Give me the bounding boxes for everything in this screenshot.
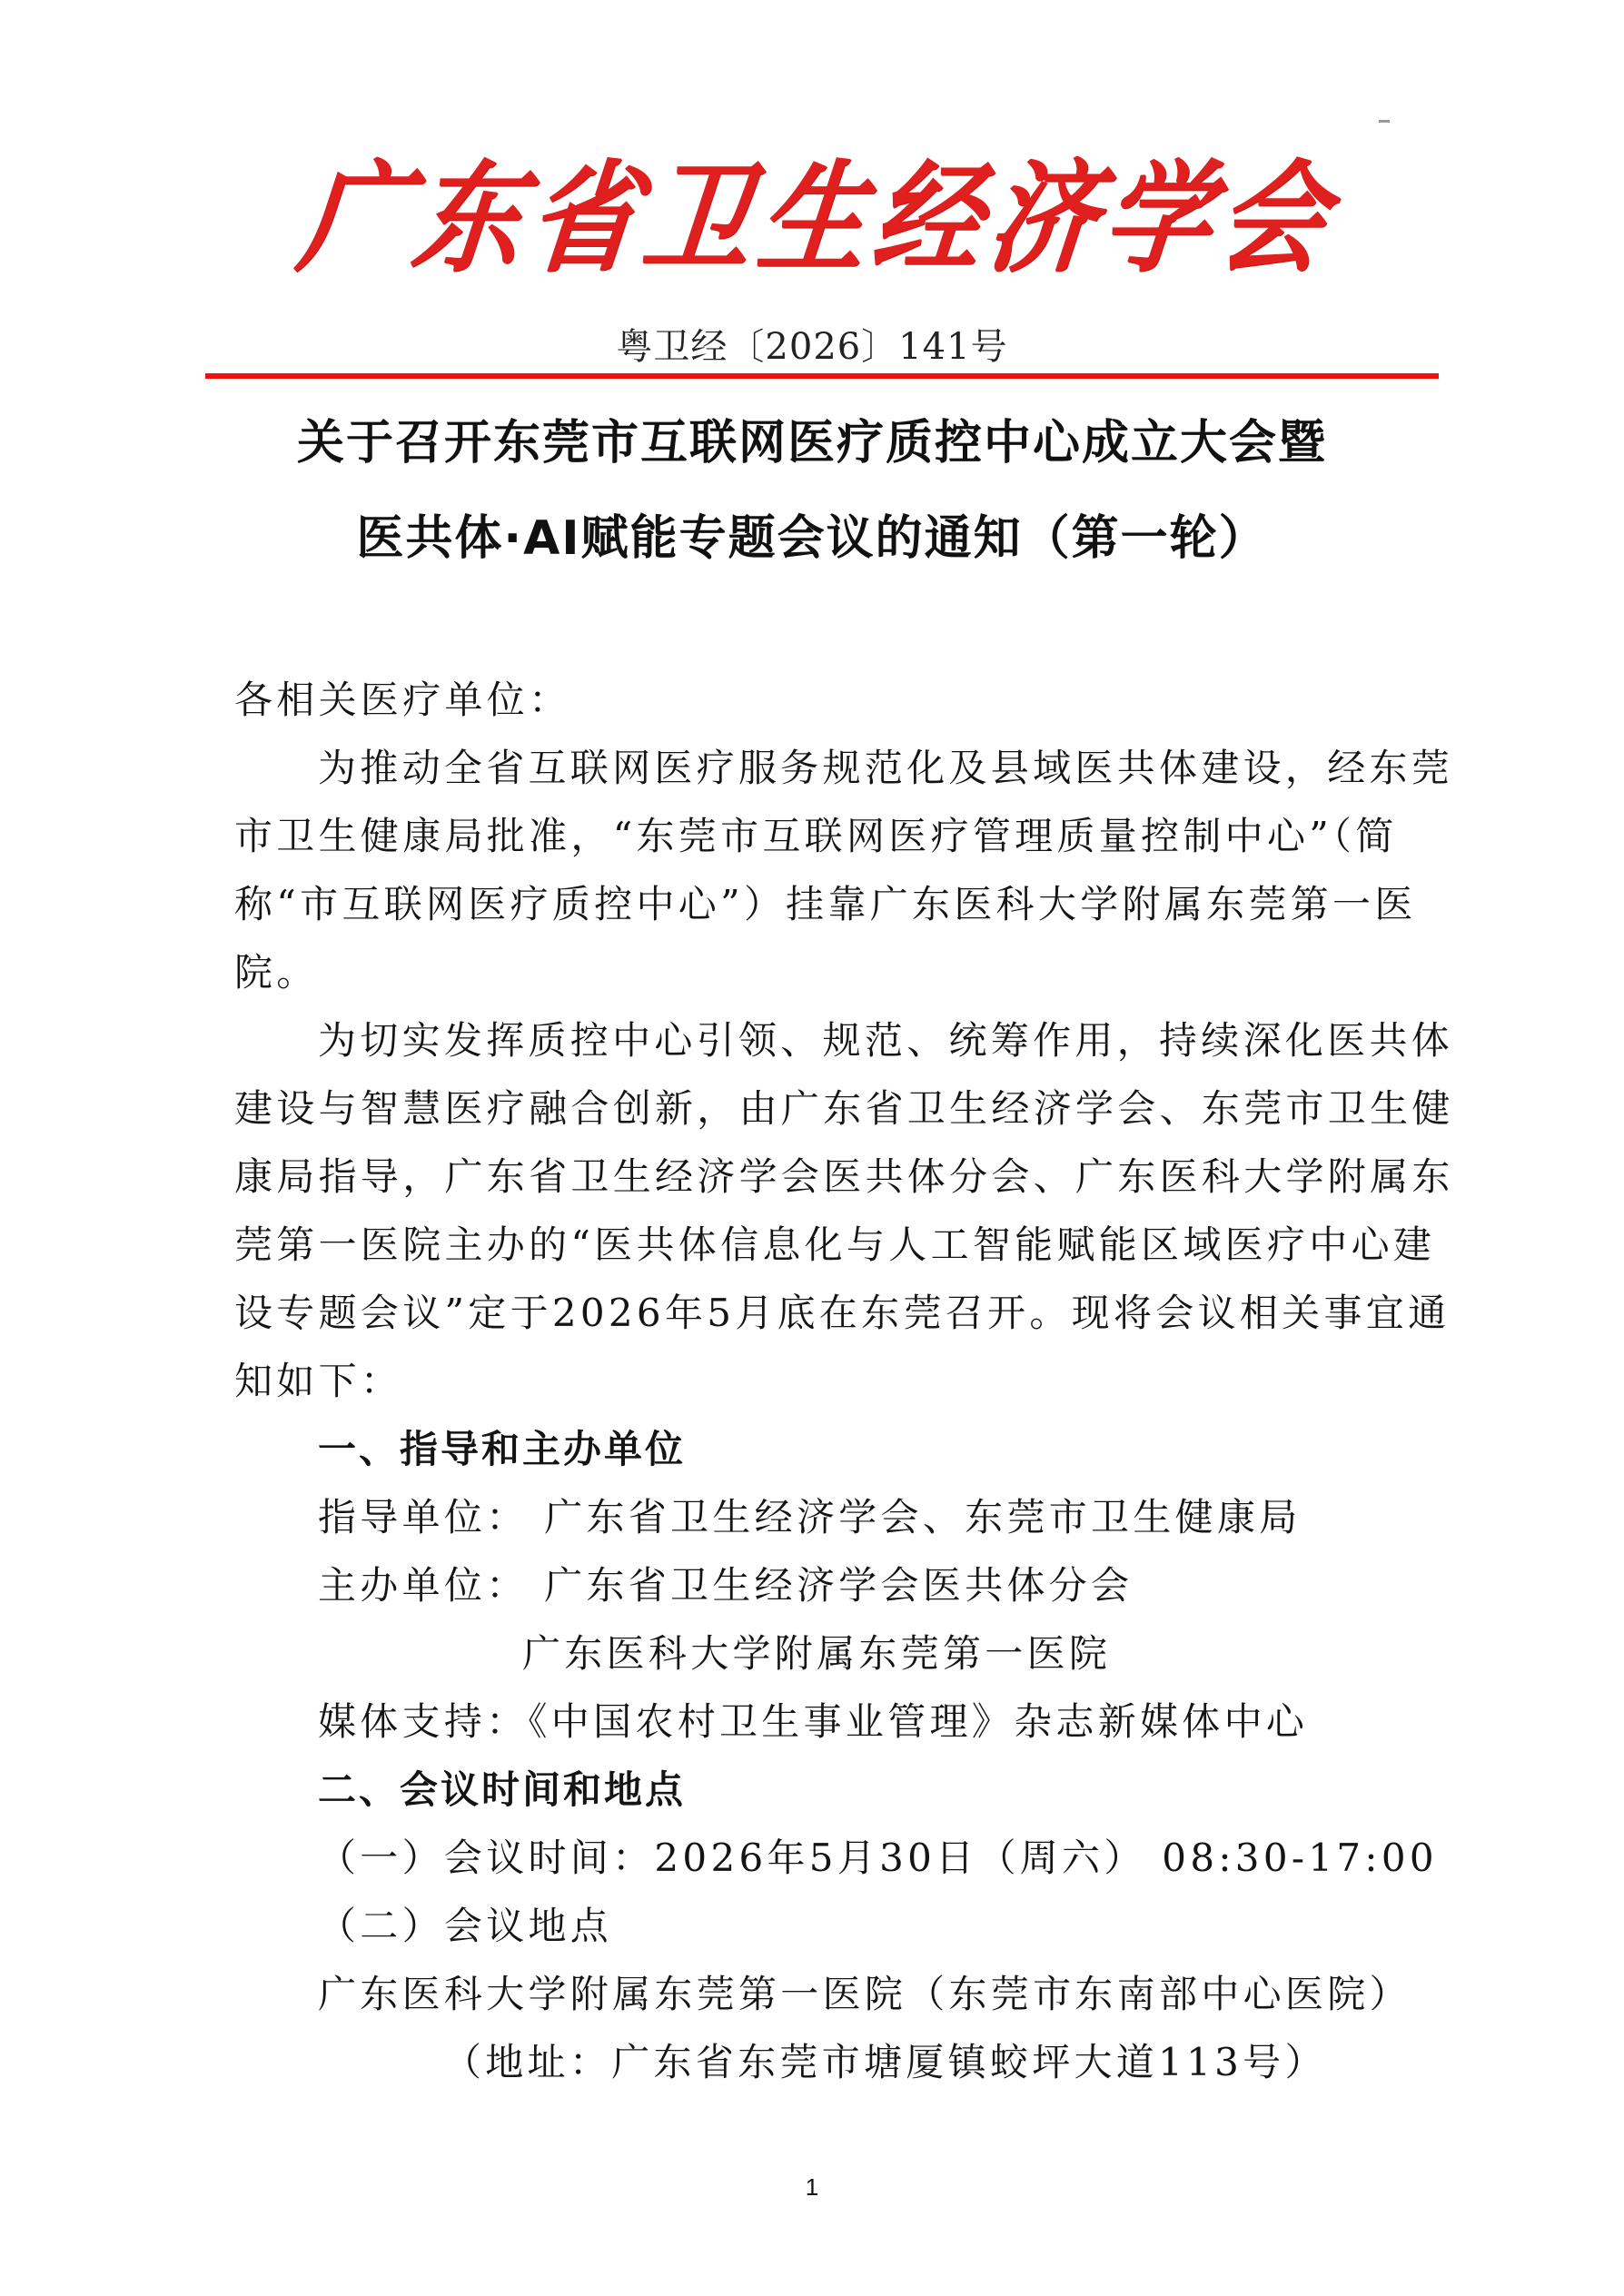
paragraph-2-line: 设专题会议”定于2026年5月底在东莞召开。现将会议相关事宜通	[234, 1279, 1415, 1347]
document-page: 广 东 省 卫 生 经 济 学 会 粤卫经〔2026〕141号 关于召开东莞市互…	[0, 0, 1624, 2296]
paragraph-2-line: 为切实发挥质控中心引领、规范、统筹作用，持续深化医共体	[234, 1006, 1415, 1074]
paragraph-2-line: 康局指导，广东省卫生经济学会医共体分会、广东医科大学附属东	[234, 1143, 1415, 1211]
paragraph-2-line: 建设与智慧医疗融合创新，由广东省卫生经济学会、东莞市卫生健	[234, 1074, 1415, 1143]
document-body: 各相关医疗单位： 为推动全省互联网医疗服务规范化及县域医共体建设，经东莞 市卫生…	[234, 666, 1415, 2096]
paragraph-1-line: 院。	[234, 938, 1415, 1006]
paragraph-1-line: 市卫生健康局批准，“东莞市互联网医疗管理质量控制中心”（简	[234, 802, 1415, 870]
letterhead-char: 广	[293, 158, 413, 278]
letterhead-organization: 广 东 省 卫 生 经 济 学 会	[300, 145, 1326, 291]
letterhead-char: 生	[753, 158, 873, 278]
paragraph-2-line: 莞第一医院主办的“医共体信息化与人工智能赋能区域医疗中心建	[234, 1211, 1415, 1279]
letterhead-char: 会	[1213, 158, 1332, 278]
letterhead-char: 济	[983, 158, 1103, 278]
meeting-time: （一）会议时间：2026年5月30日（周六） 08:30-17:00	[234, 1824, 1415, 1892]
scan-mark	[1379, 120, 1390, 123]
paragraph-2-line: 知如下：	[234, 1347, 1415, 1415]
meeting-address: （地址：广东省东莞市塘厦镇蛟坪大道113号）	[234, 2028, 1415, 2096]
meeting-venue: 广东医科大学附属东莞第一医院（东莞市东南部中心医院）	[234, 1960, 1415, 2028]
host-units: 主办单位： 广东省卫生经济学会医共体分会	[234, 1551, 1415, 1619]
document-number: 粤卫经〔2026〕141号	[0, 318, 1624, 370]
document-title-line-1: 关于召开东莞市互联网医疗质控中心成立大会暨	[0, 404, 1624, 472]
letterhead-char: 东	[409, 158, 529, 278]
page-number: 1	[0, 2173, 1624, 2202]
guide-units: 指导单位： 广东省卫生经济学会、东莞市卫生健康局	[234, 1483, 1415, 1551]
salutation: 各相关医疗单位：	[234, 666, 1415, 734]
meeting-venue-label: （二）会议地点	[234, 1892, 1415, 1960]
letterhead-char: 学	[1097, 158, 1217, 278]
letterhead-char: 省	[523, 158, 643, 278]
letterhead-char: 经	[867, 158, 987, 278]
paragraph-1-line: 称“市互联网医疗质控中心”）挂靠广东医科大学附属东莞第一医	[234, 870, 1415, 938]
paragraph-1-line: 为推动全省互联网医疗服务规范化及县域医共体建设，经东莞	[234, 734, 1415, 802]
section-1-heading: 一、指导和主办单位	[234, 1415, 1415, 1483]
section-2-heading: 二、会议时间和地点	[234, 1756, 1415, 1824]
letterhead-char: 卫	[639, 158, 758, 278]
media-support: 媒体支持：《中国农村卫生事业管理》杂志新媒体中心	[234, 1687, 1415, 1756]
host-units-continued: 广东医科大学附属东莞第一医院	[234, 1619, 1415, 1687]
document-title-line-2: 医共体·AI赋能专题会议的通知（第一轮）	[0, 500, 1624, 568]
red-divider	[205, 373, 1439, 379]
